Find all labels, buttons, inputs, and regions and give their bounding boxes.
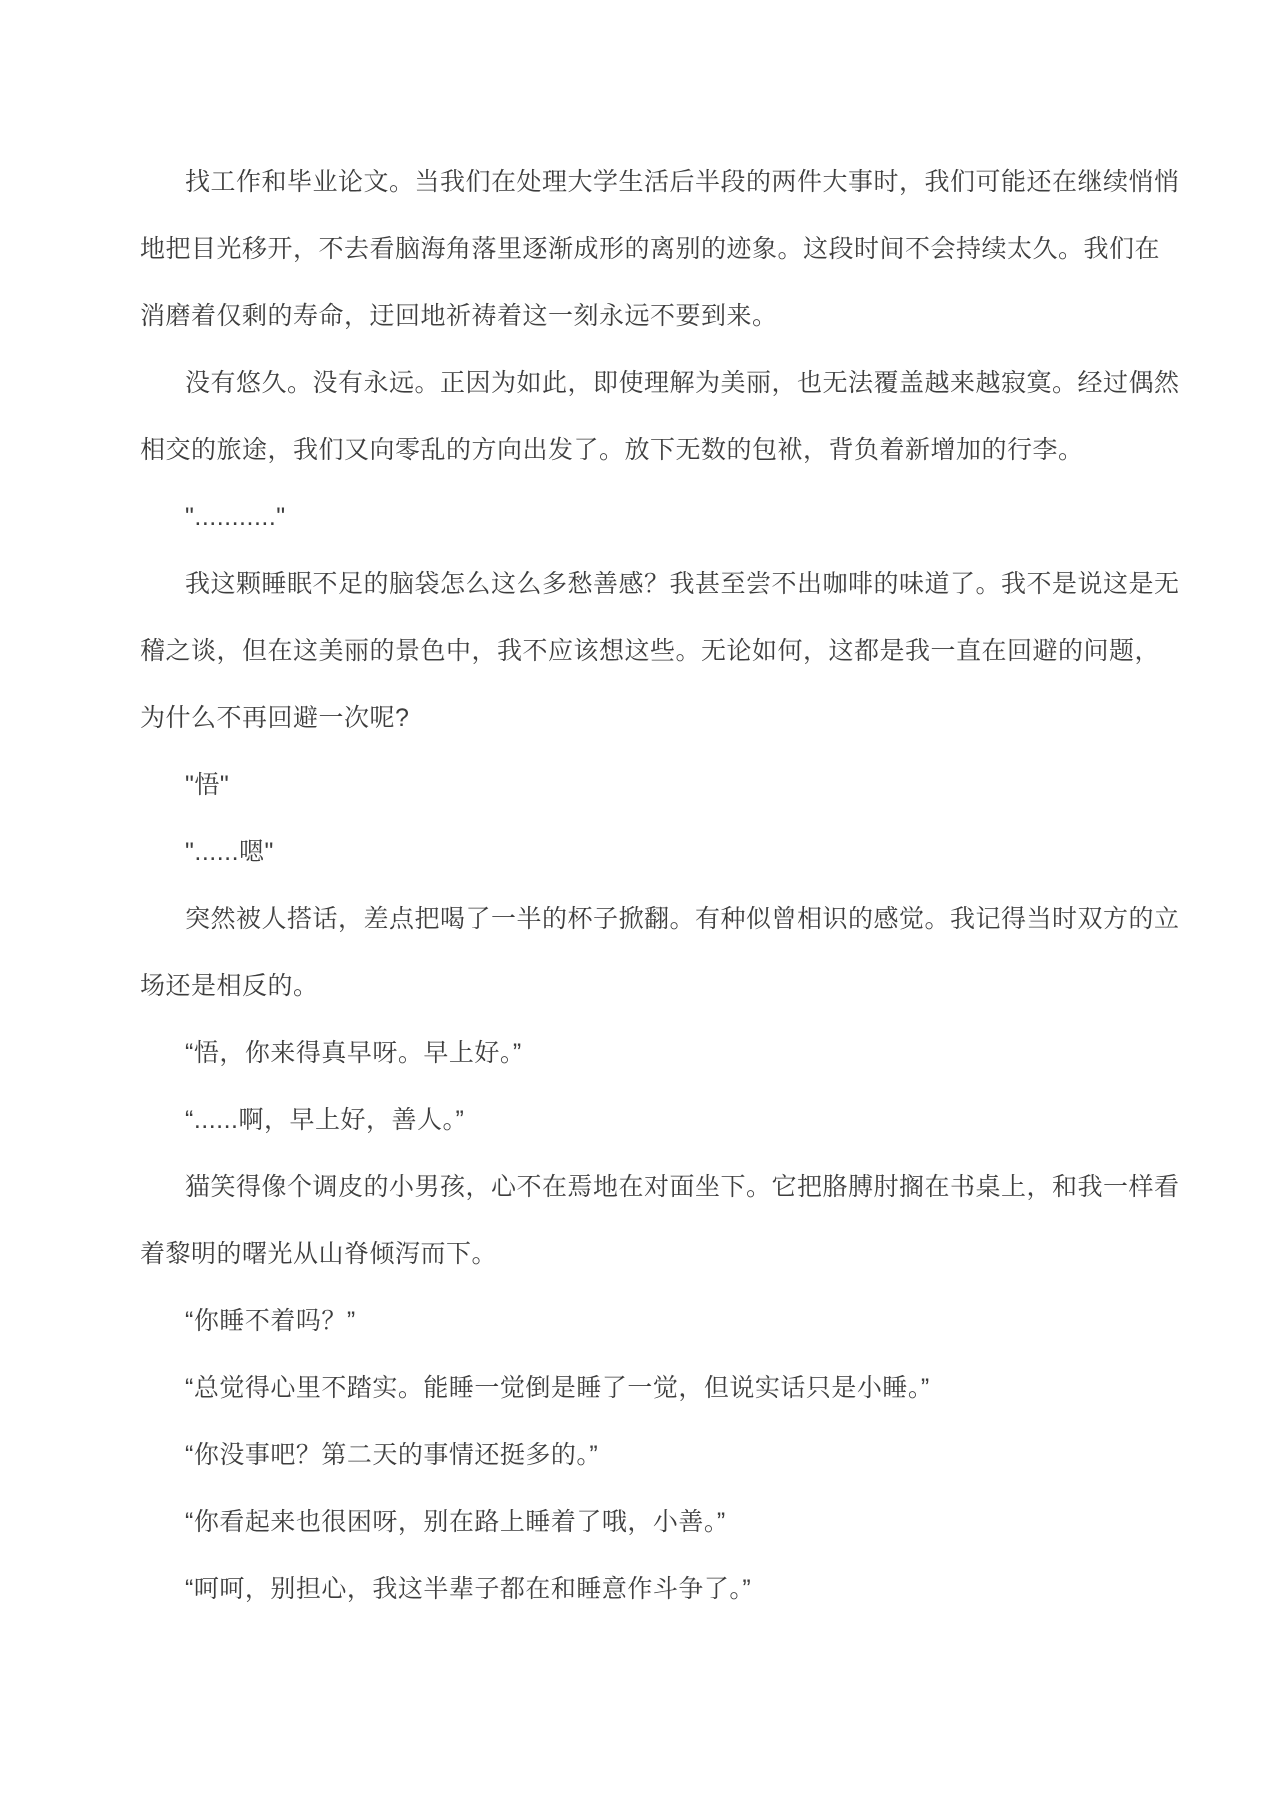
text-line: 相交的旅途，我们又向零乱的方向出发了。放下无数的包袱，背负着新增加的行李。 [140, 417, 1160, 484]
text-line: 没有悠久。没有永远。正因为如此，即使理解为美丽，也无法覆盖越来越寂寞。经过偶然 [140, 350, 1160, 417]
text-line: “你睡不着吗？” [140, 1288, 1160, 1355]
text-line: “呵呵，别担心，我这半辈子都在和睡意作斗争了。” [140, 1556, 1160, 1623]
text-line: "悟" [140, 752, 1160, 819]
text-line: “你没事吧？第二天的事情还挺多的。” [140, 1422, 1160, 1489]
text-line: “你看起来也很困呀，别在路上睡着了哦，小善。” [140, 1489, 1160, 1556]
text-line: 场还是相反的。 [140, 953, 1160, 1020]
text-line: 稽之谈，但在这美丽的景色中，我不应该想这些。无论如何，这都是我一直在回避的问题， [140, 618, 1160, 685]
novel-reader-page: 找工作和毕业论文。当我们在处理大学生活后半段的两件大事时，我们可能还在继续悄悄地… [0, 0, 1280, 1810]
text-line: 我这颗睡眠不足的脑袋怎么这么多愁善感？我甚至尝不出咖啡的味道了。我不是说这是无 [140, 551, 1160, 618]
text-line: “......啊，早上好，善人。” [140, 1087, 1160, 1154]
text-line: 着黎明的曙光从山脊倾泻而下。 [140, 1221, 1160, 1288]
text-line: 消磨着仅剩的寿命，迂回地祈祷着这一刻永远不要到来。 [140, 283, 1160, 350]
text-line: 地把目光移开，不去看脑海角落里逐渐成形的离别的迹象。这段时间不会持续太久。我们在 [140, 216, 1160, 283]
text-line: 突然被人搭话，差点把喝了一半的杯子掀翻。有种似曾相识的感觉。我记得当时双方的立 [140, 886, 1160, 953]
text-line: “悟，你来得真早呀。早上好。” [140, 1020, 1160, 1087]
text-line: “总觉得心里不踏实。能睡一觉倒是睡了一觉，但说实话只是小睡。” [140, 1355, 1160, 1422]
text-line: 猫笑得像个调皮的小男孩，心不在焉地在对面坐下。它把胳膊肘搁在书桌上，和我一样看 [140, 1154, 1160, 1221]
text-line: 为什么不再回避一次呢? [140, 685, 1160, 752]
text-line: "......嗯" [140, 819, 1160, 886]
page-text: 找工作和毕业论文。当我们在处理大学生活后半段的两件大事时，我们可能还在继续悄悄地… [140, 149, 1160, 1623]
text-line: "..........." [140, 484, 1160, 551]
text-line: 找工作和毕业论文。当我们在处理大学生活后半段的两件大事时，我们可能还在继续悄悄 [140, 149, 1160, 216]
